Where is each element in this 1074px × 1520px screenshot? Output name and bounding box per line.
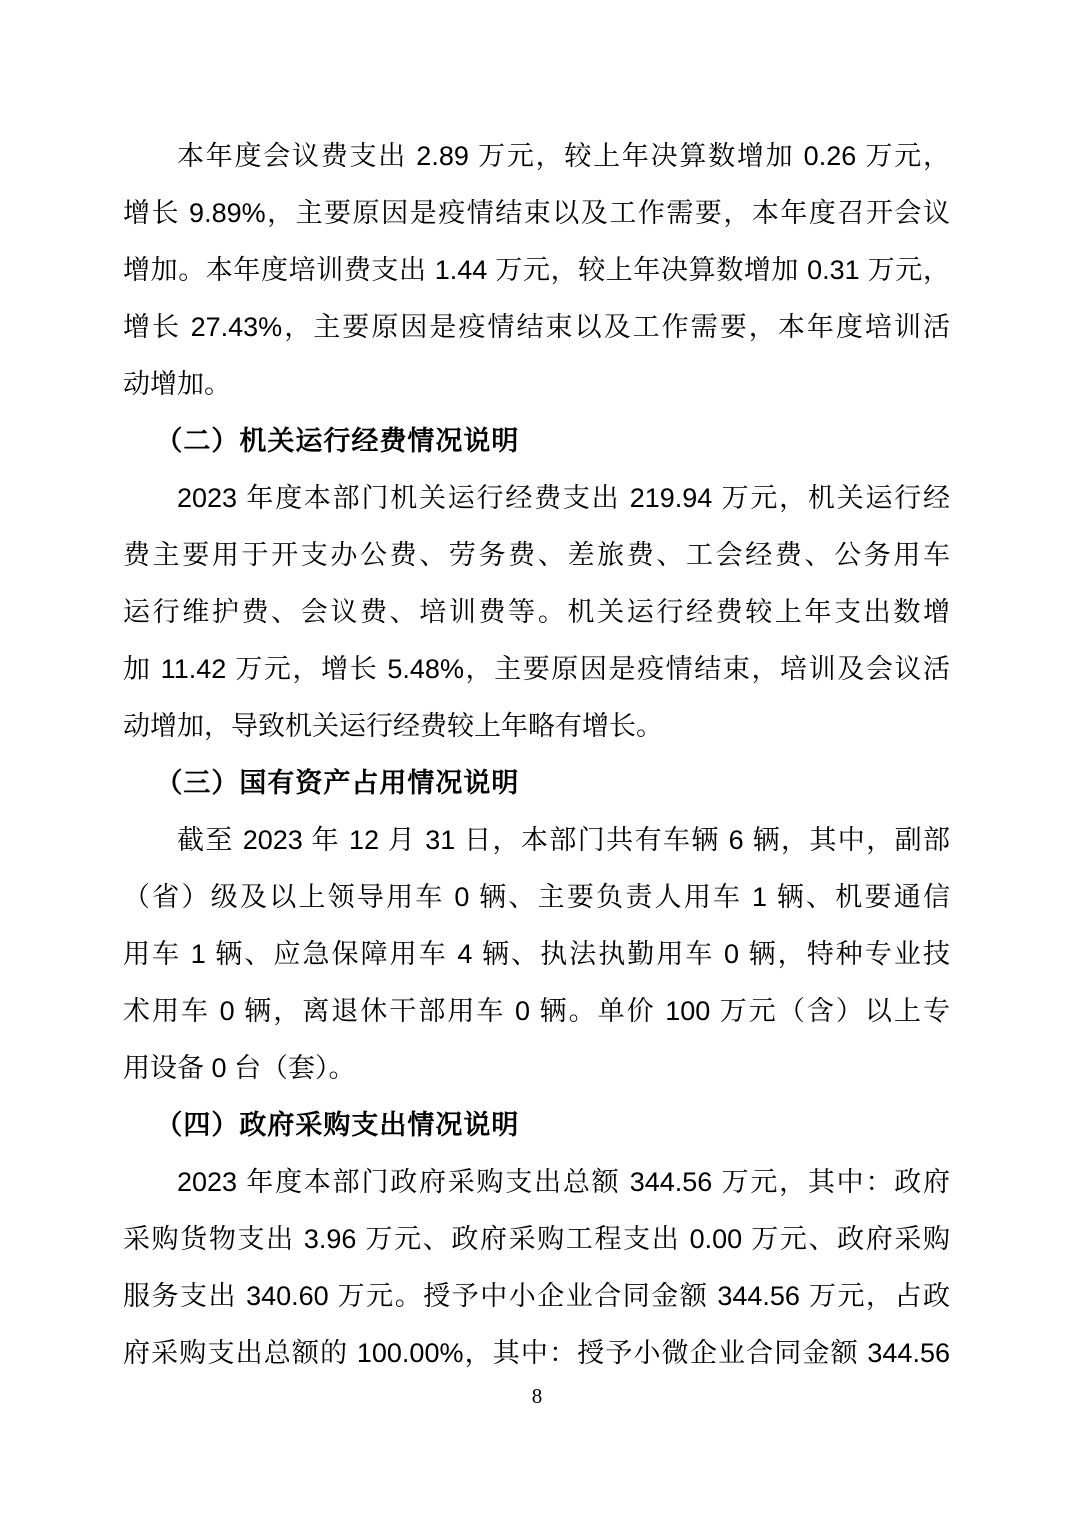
paragraph-line: 增长 9.89%，主要原因是疫情结束以及工作需要，本年度召开会议 (123, 185, 950, 242)
document-body: 本年度会议费支出 2.89 万元，较上年决算数增加 0.26 万元，增长 9.8… (123, 128, 950, 1382)
paragraph-line: 用车 1 辆、应急保障用车 4 辆、执法执勤用车 0 辆，特种专业技 (123, 926, 950, 983)
paragraph-line: 增长 27.43%，主要原因是疫情结束以及工作需要，本年度培训活 (123, 299, 950, 356)
paragraph-line: 截至 2023 年 12 月 31 日，本部门共有车辆 6 辆，其中，副部 (123, 812, 950, 869)
paragraph-line: 运行维护费、会议费、培训费等。机关运行经费较上年支出数增 (123, 584, 950, 641)
page-number: 8 (0, 1382, 1074, 1410)
paragraph-line: 服务支出 340.60 万元。授予中小企业合同金额 344.56 万元，占政 (123, 1268, 950, 1325)
section-heading: （三）国有资产占用情况说明 (123, 755, 950, 812)
paragraph-line: 增加。本年度培训费支出 1.44 万元，较上年决算数增加 0.31 万元， (123, 242, 950, 299)
paragraph-line: 采购货物支出 3.96 万元、政府采购工程支出 0.00 万元、政府采购 (123, 1211, 950, 1268)
section-heading: （二）机关运行经费情况说明 (123, 413, 950, 470)
paragraph-line: 动增加。 (123, 356, 950, 413)
paragraph-line: 费主要用于开支办公费、劳务费、差旅费、工会经费、公务用车 (123, 527, 950, 584)
paragraph-line: 术用车 0 辆，离退休干部用车 0 辆。单价 100 万元（含）以上专 (123, 983, 950, 1040)
document-page: 本年度会议费支出 2.89 万元，较上年决算数增加 0.26 万元，增长 9.8… (0, 0, 1074, 1520)
paragraph-line: 2023 年度本部门政府采购支出总额 344.56 万元，其中：政府 (123, 1154, 950, 1211)
paragraph-line: （省）级及以上领导用车 0 辆、主要负责人用车 1 辆、机要通信 (123, 869, 950, 926)
paragraph-line: 加 11.42 万元，增长 5.48%，主要原因是疫情结束，培训及会议活 (123, 641, 950, 698)
paragraph-line: 2023 年度本部门机关运行经费支出 219.94 万元，机关运行经 (123, 470, 950, 527)
paragraph-line: 本年度会议费支出 2.89 万元，较上年决算数增加 0.26 万元， (123, 128, 950, 185)
section-heading: （四）政府采购支出情况说明 (123, 1097, 950, 1154)
paragraph-line: 用设备 0 台（套）。 (123, 1040, 950, 1097)
paragraph-line: 府采购支出总额的 100.00%，其中：授予小微企业合同金额 344.56 (123, 1325, 950, 1382)
paragraph-line: 动增加，导致机关运行经费较上年略有增长。 (123, 698, 950, 755)
